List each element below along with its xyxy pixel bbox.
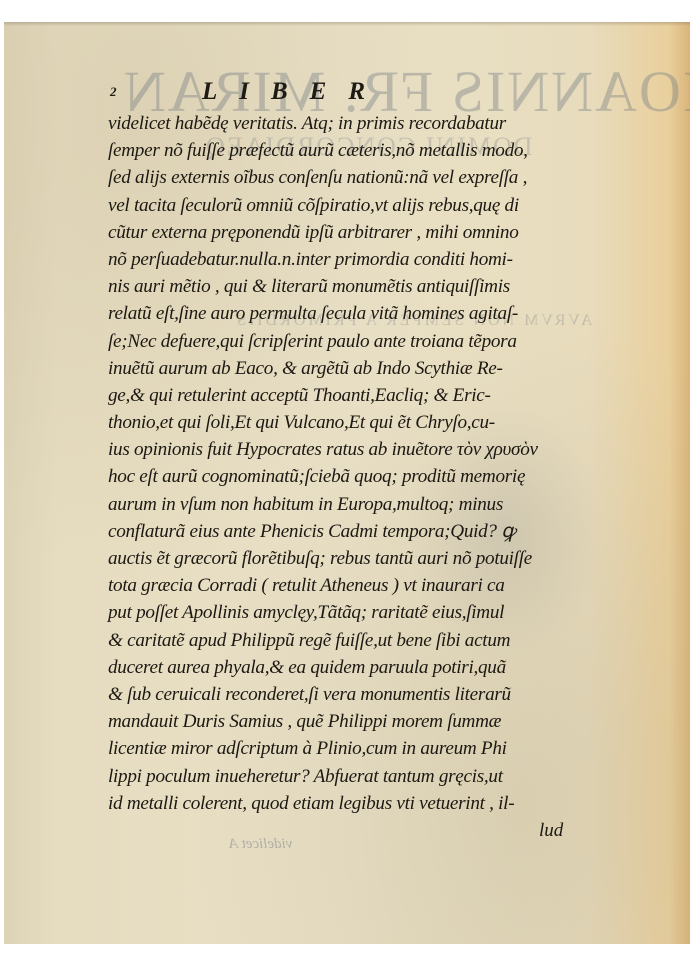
text-line: hoc eſt aurũ cognominatũ;ſciebã quoq; pr… (108, 463, 608, 490)
text-line: nis auri mẽtio , qui & literarũ monumẽti… (108, 273, 608, 300)
text-line: ſemper nõ fuiſſe præfectũ aurũ cæteris,n… (108, 137, 608, 164)
text-line: conflaturã eius ante Phenicis Cadmi temp… (108, 518, 608, 545)
text-line: inuẽtũ aurum ab Eaco, & argẽtũ ab Indo S… (108, 355, 608, 382)
text-line: id metalli colerent, quod etiam legibus … (108, 790, 608, 817)
text-line: videlicet habẽdę veritatis. Atq; in prim… (108, 110, 608, 137)
text-line: lippi poculum inueheretur? Abfuerat tant… (108, 763, 608, 790)
text-line: & caritatẽ apud Philippũ regẽ fuiſſe,ut … (108, 627, 608, 654)
page-number: 2 (110, 84, 117, 100)
text-line: licentiæ miror adſcriptum à Plinio,cum i… (108, 735, 608, 762)
body-text: videlicet habẽdę veritatis. Atq; in prim… (108, 110, 608, 817)
text-line: relatũ eſt,ſine auro permulta ſecula vit… (108, 300, 608, 327)
text-line: tota græcia Corradi ( retulit Atheneus )… (108, 572, 608, 599)
catchword: lud (539, 820, 563, 842)
book-page: IOANNIS FR. MIRAN DOMINI CONCORDIAEQ AVR… (4, 22, 690, 944)
text-line: vel tacita ſeculorũ omniũ cõſpiratio,vt … (108, 192, 608, 219)
text-line: aurum in vſum non habitum in Europa,mult… (108, 491, 608, 518)
text-line: cũtur externa pręponendũ ipſũ arbitrarer… (108, 219, 608, 246)
running-head: LIBER (202, 78, 387, 106)
page-header: 2 LIBER (110, 78, 590, 108)
text-line: thonio,et qui ſoli,Et qui Vulcano,Et qui… (108, 409, 608, 436)
text-line: ſed alijs externis oĩbus conſenſu nation… (108, 164, 608, 191)
text-line: & ſub ceruicali reconderet,ſi vera monum… (108, 681, 608, 708)
text-line: ſe;Nec defuere,qui ſcripſerint paulo ant… (108, 328, 608, 355)
text-line: duceret aurea phyala,& ea quidem paruula… (108, 654, 608, 681)
text-line: auctis ẽt græcorũ florẽtibuſq; rebus tan… (108, 545, 608, 572)
text-line: put poſſet Apollinis amyclęy,Tãtãq; rari… (108, 599, 608, 626)
text-line: nõ perſuadebatur.nulla.n.inter primordia… (108, 246, 608, 273)
text-line: ge,& qui retulerint acceptũ Thoanti,Eacl… (108, 382, 608, 409)
text-line: mandauit Duris Samius , quẽ Philippi mor… (108, 708, 608, 735)
text-line: ius opinionis fuit Hypocrates ratus ab i… (108, 436, 608, 463)
bleed-through-footer: videlicet A (229, 836, 292, 853)
